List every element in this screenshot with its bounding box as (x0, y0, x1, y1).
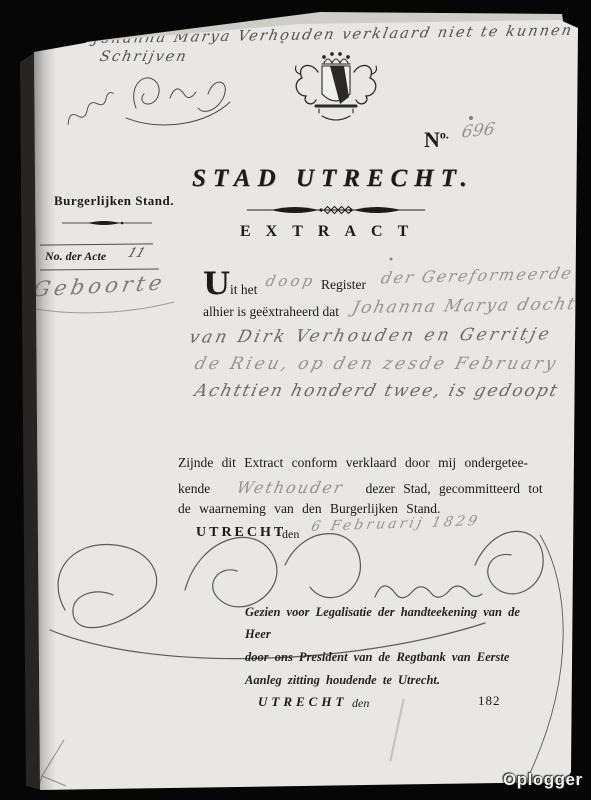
number-value-handwritten: 696 (460, 119, 496, 142)
extract-title: EXTRACT (240, 223, 423, 241)
body-hand-line4: de Rieu, op den zesde February (193, 354, 561, 374)
acte-type-flourish (28, 298, 178, 314)
body-hand-line3: van Dirk Verhouden en Gerritje (187, 324, 554, 347)
body-print-uit-het: Uit het (203, 266, 257, 302)
registry-label: Burgerlijken Stand. (54, 193, 174, 209)
initials-signature (122, 66, 232, 126)
body-hand-doop: doop (264, 272, 317, 290)
certification-hand-wethouder: Wethouder (235, 478, 346, 497)
utrecht-coat-of-arms-icon (286, 52, 386, 124)
city-title: STAD UTRECHT. (192, 165, 474, 193)
legalisation-year-partial: 182 (478, 693, 501, 709)
dust-specks (0, 0, 2, 2)
body-hand-line5: Achttien honderd twee, is gedoopt (193, 381, 562, 401)
certification-line2-print1: kende (178, 481, 210, 496)
number-label-n: N (424, 127, 440, 152)
legalisation-den: den (352, 696, 369, 711)
top-annotation-line2: Schrijven (98, 49, 189, 65)
acte-rule-bottom (40, 268, 159, 270)
body-hand-der-gereformeerde: der Gereformeerde (379, 264, 575, 288)
number-label: No. (424, 127, 449, 153)
scanned-document: Johanna Marya Verhouden verklaard niet t… (0, 0, 591, 800)
signature (35, 505, 575, 785)
certification-line2: kende Wethouder dezer Stad, gecommitteer… (178, 478, 543, 497)
body-print-alhier: alhier is geëxtraheerd dat (203, 304, 339, 320)
legalisation-city: UTRECHT (258, 694, 347, 710)
certification-line2-print2: dezer Stad, gecommitteerd tot (366, 481, 543, 496)
legalisation-line3: door ons President van de Regtbank van E… (245, 650, 509, 665)
margin-scribble (57, 83, 122, 131)
ornament-divider (247, 202, 425, 218)
number-label-sup: o. (440, 128, 449, 142)
body-print-register: Register (321, 277, 366, 293)
certification-line1: Zijnde dit Extract conform verklaard doo… (178, 455, 528, 471)
legalisation-line4: Aanleg zitting houdende te Utrecht. (245, 673, 440, 688)
legalisation-line1: Gezien voor Legalisatie der handteekenin… (245, 605, 520, 620)
body-hand-johanna: Johanna Marya dochter (350, 294, 591, 318)
acte-label: No. der Acte (45, 249, 106, 264)
document-page: Johanna Marya Verhouden verklaard niet t… (0, 0, 591, 800)
corner-fold-mark (36, 736, 76, 792)
scanner-watermark: Oplogger (503, 770, 583, 790)
small-ornament-divider (62, 218, 152, 228)
acte-number-handwritten: 11 (125, 246, 147, 261)
legalisation-line2: Heer (245, 627, 271, 642)
